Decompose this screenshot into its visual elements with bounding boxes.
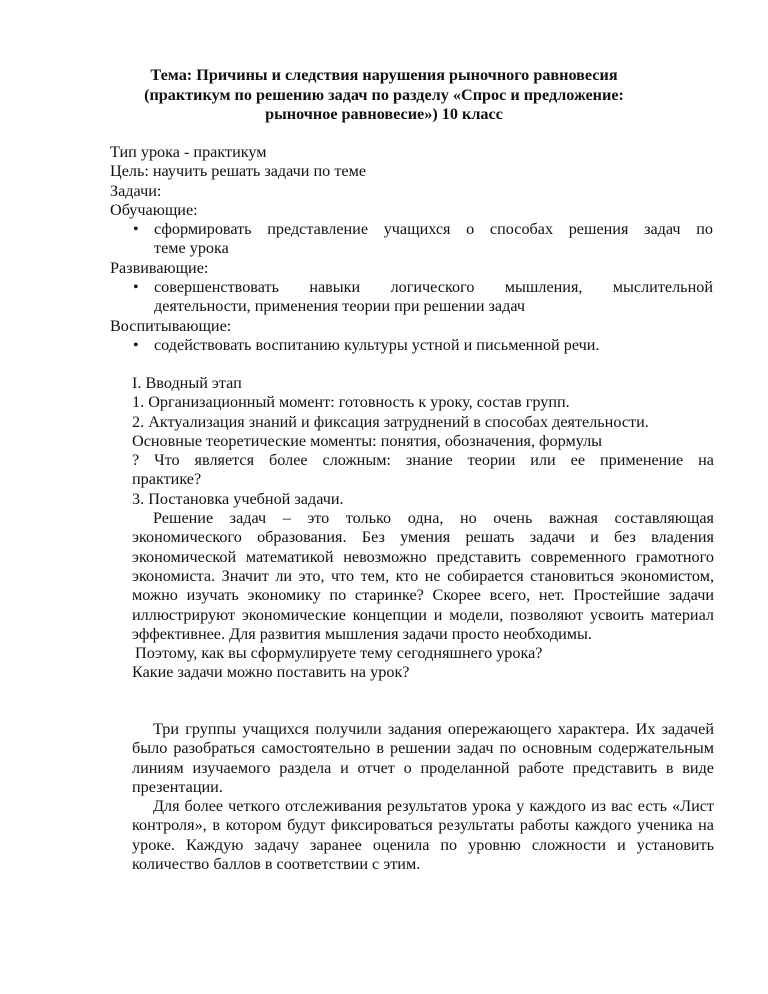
- topic-question: Поэтому, как вы сформулируете тему сегод…: [132, 644, 714, 663]
- bullet-text-line-2: теме урока: [154, 239, 713, 258]
- lesson-goal: Цель: научить решать задачи по теме: [110, 162, 713, 181]
- stage-item-2: 2. Актуализация знаний и фиксация затруд…: [132, 413, 714, 432]
- document-title: Тема: Причины и следствия нарушения рыно…: [100, 66, 668, 125]
- stage-heading: I. Вводный этап: [132, 374, 714, 393]
- bullet-text-line-2: деятельности, применения теории при реше…: [154, 297, 713, 316]
- bullet-icon: •: [133, 220, 139, 239]
- stage-1-section: I. Вводный этап 1. Организационный момен…: [132, 374, 714, 683]
- bullet-item-developing: • совершенствовать навыки логического мы…: [110, 278, 713, 317]
- question-line-1: ? Что является более сложным: знание тео…: [132, 451, 714, 470]
- control-sheet-paragraph: Для более четкого отслеживания результат…: [132, 797, 714, 874]
- document-page: Тема: Причины и следствия нарушения рыно…: [0, 0, 768, 994]
- group-label-teaching: Обучающие:: [110, 201, 713, 220]
- lesson-type: Тип урока - практикум: [110, 143, 713, 162]
- stage-item-1: 1. Организационный момент: готовность к …: [132, 393, 714, 412]
- stage-item-3: 3. Постановка учебной задачи.: [132, 490, 714, 509]
- bullet-text-line-1: содействовать воспитанию культуры устной…: [154, 336, 713, 355]
- lesson-info: Тип урока - практикум Цель: научить реша…: [110, 143, 713, 355]
- theory-points: Основные теоретические моменты: понятия,…: [132, 432, 714, 451]
- bullet-text-line-1: совершенствовать навыки логического мышл…: [154, 278, 713, 297]
- bullet-icon: •: [133, 336, 139, 355]
- groups-paragraph: Три группы учащихся получили задания опе…: [132, 720, 714, 797]
- bullet-item-educating: • содействовать воспитанию культуры устн…: [110, 336, 713, 355]
- title-line-1: Тема: Причины и следствия нарушения рыно…: [100, 66, 668, 86]
- tasks-label: Задачи:: [110, 182, 713, 201]
- question-line-2: практике?: [132, 470, 714, 489]
- group-label-educating: Воспитывающие:: [110, 317, 713, 336]
- bullet-item-teaching: • сформировать представление учащихся о …: [110, 220, 713, 259]
- bullet-icon: •: [133, 278, 139, 297]
- bullet-text-line-1: сформировать представление учащихся о сп…: [154, 220, 713, 239]
- group-label-developing: Развивающие:: [110, 259, 713, 278]
- problem-solving-paragraph: Решение задач – это только одна, но очен…: [132, 509, 714, 644]
- title-line-2: (практикум по решению задач по разделу «…: [100, 86, 668, 106]
- title-line-3: рыночное равновесие») 10 класс: [100, 105, 668, 125]
- tasks-question: Какие задачи можно поставить на урок?: [132, 663, 714, 682]
- groups-section: Три группы учащихся получили задания опе…: [132, 720, 714, 874]
